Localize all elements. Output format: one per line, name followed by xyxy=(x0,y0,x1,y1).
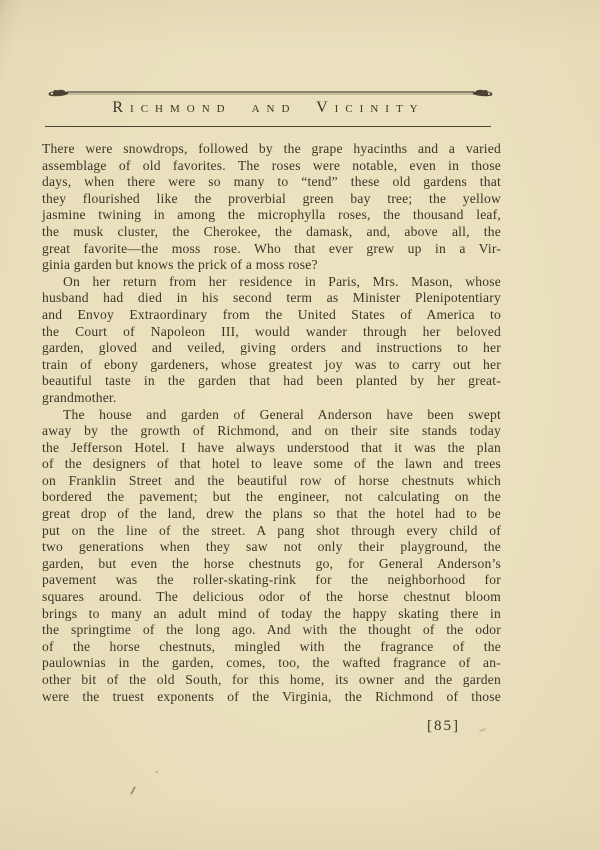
title-rule xyxy=(45,126,491,127)
text-line: days, when there were so many to “tend” … xyxy=(42,174,501,191)
text-line: the musk cluster, the Cherokee, the dama… xyxy=(42,224,501,241)
text-line: away by the growth of Richmond, and on t… xyxy=(42,423,501,440)
text-line: and Envoy Extraordinary from the United … xyxy=(42,307,501,324)
text-line: ginia garden but knows the prick of a mo… xyxy=(42,257,501,274)
text-line: the Court of Napoleon III, would wander … xyxy=(42,324,501,341)
text-line: garden, but even the horse chestnuts go,… xyxy=(42,556,501,573)
text-line: There were snowdrops, followed by the gr… xyxy=(42,141,501,158)
body-text: There were snowdrops, followed by the gr… xyxy=(42,141,501,705)
text-line: the springtime of the long ago. And with… xyxy=(42,622,501,639)
text-line: great drop of the land, drew the plans s… xyxy=(42,506,501,523)
running-head-title: Richmond and Vicinity xyxy=(45,99,492,117)
text-line: bordered the pavement; but the engineer,… xyxy=(42,489,501,506)
scroll-ornament-right xyxy=(473,90,492,96)
text-line: squares around. The delicious odor of th… xyxy=(42,589,501,606)
text-line: two generations when they saw not only t… xyxy=(42,539,501,556)
scan-speck xyxy=(155,771,158,773)
text-line: husband had died in his second term as M… xyxy=(42,290,501,307)
book-page: Richmond and Vicinity There were snowdro… xyxy=(0,0,600,850)
text-line: pavement was the roller-skating-rink for… xyxy=(42,572,501,589)
text-line: were the truest exponents of the Virgini… xyxy=(42,689,501,706)
text-line: train of ebony gardeners, whose greatest… xyxy=(42,357,501,374)
text-line: beautiful taste in the garden that had b… xyxy=(42,373,501,390)
text-line: On her return from her residence in Pari… xyxy=(42,274,501,291)
text-line: assemblage of old favorites. The roses w… xyxy=(42,158,501,175)
text-line: grandmother. xyxy=(42,390,501,407)
text-line: they flourished like the proverbial gree… xyxy=(42,191,501,208)
scroll-ornament-left xyxy=(49,90,68,96)
text-line: of the horse chestnuts, mingled with the… xyxy=(42,639,501,656)
text-line: jasmine twining in among the microphylla… xyxy=(42,207,501,224)
text-line: on Franklin Street and the beautiful row… xyxy=(42,473,501,490)
text-line: The house and garden of General Anderson… xyxy=(42,407,501,424)
text-line: of the designers of that hotel to leave … xyxy=(42,456,501,473)
page-number: [85] xyxy=(427,718,460,735)
text-line: great favorite—the moss rose. Who that e… xyxy=(42,241,501,258)
text-line: put on the line of the street. A pang sh… xyxy=(42,523,501,540)
text-line: paulownias in the garden, comes, too, th… xyxy=(42,655,501,672)
text-line: other bit of the old South, for this hom… xyxy=(42,672,501,689)
text-line: the Jefferson Hotel. I have always under… xyxy=(42,440,501,457)
text-line: brings to many an adult mind of today th… xyxy=(42,606,501,623)
header-ornament-rule xyxy=(47,85,494,95)
scan-speck xyxy=(479,728,486,732)
text-line: garden, gloved and veiled, giving orders… xyxy=(42,340,501,357)
scan-speck xyxy=(130,786,136,795)
